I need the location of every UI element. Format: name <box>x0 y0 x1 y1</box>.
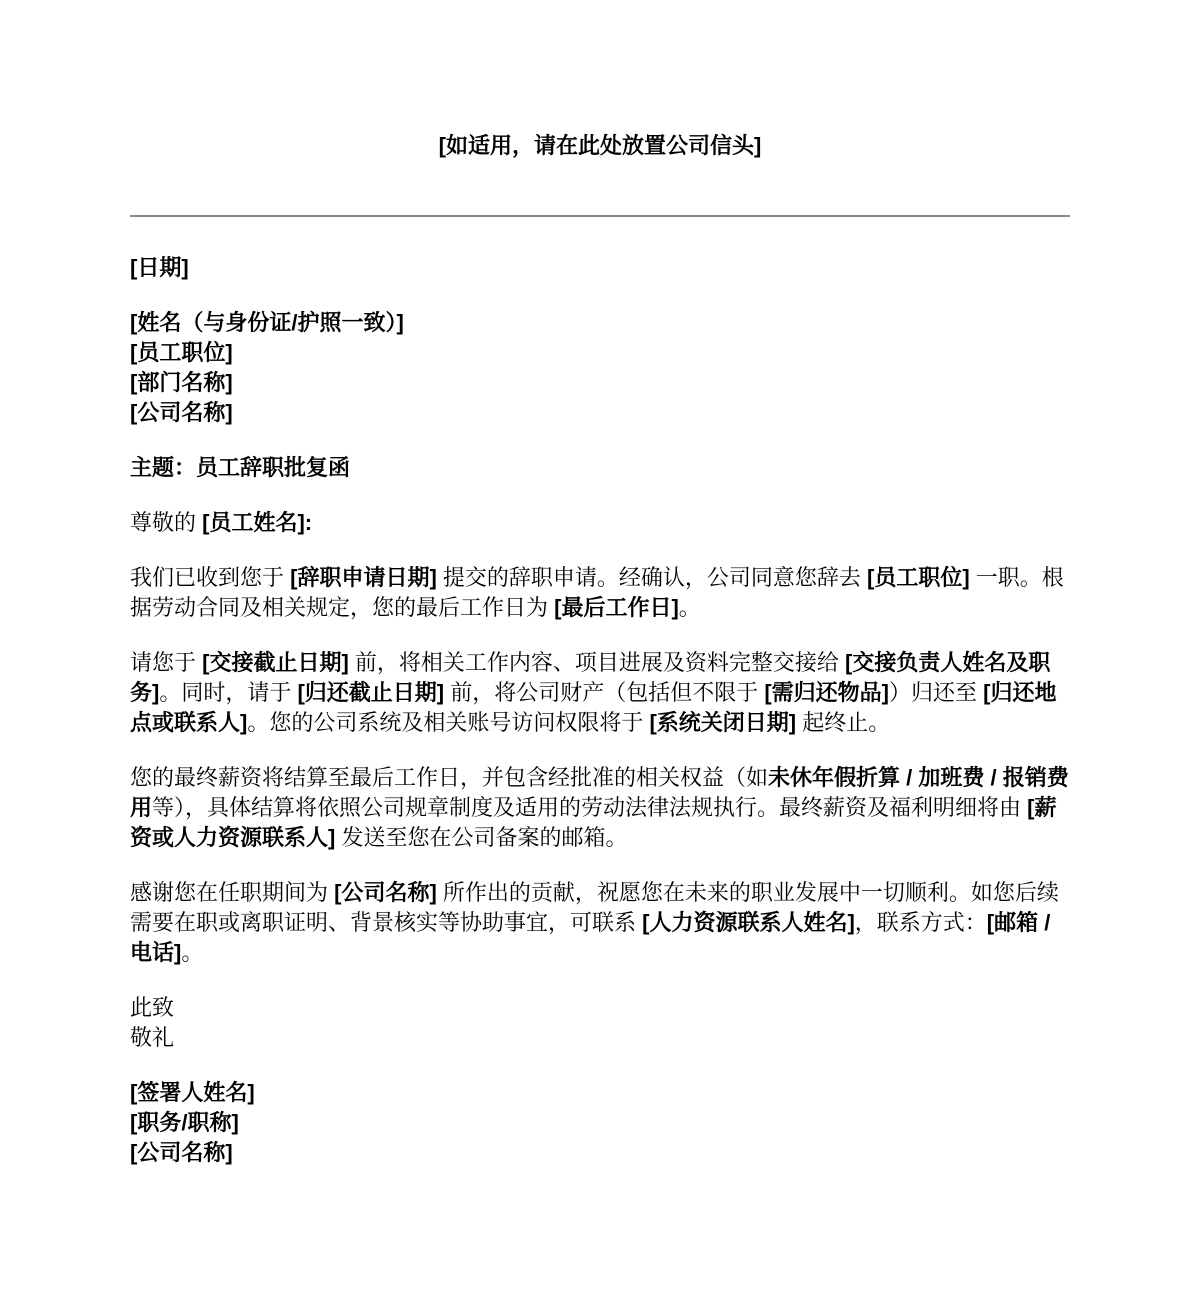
body-text: ）归还至 <box>889 680 983 705</box>
block-line: [姓名（与身份证/护照一致）] <box>130 308 1070 338</box>
body-text: 提交的辞职申请。经确认，公司同意您辞去 <box>437 565 867 590</box>
signature-block: [签署人姓名][职务/职称][公司名称] <box>130 1078 1070 1168</box>
body-paragraph-2: 请您于 [交接截止日期] 前，将相关工作内容、项目进展及资料完整交接给 [交接负… <box>130 648 1070 738</box>
body-text: 。 <box>679 595 701 620</box>
body-text: 请您于 <box>130 650 202 675</box>
placeholder-text: [人力资源联系人姓名] <box>642 910 855 935</box>
body-text: 。您的公司系统及相关账号访问权限将于 <box>247 710 649 735</box>
divider-line <box>130 215 1070 217</box>
block-line: [公司名称] <box>130 398 1070 428</box>
body-text: 发送至您在公司备案的邮箱。 <box>335 825 627 850</box>
body-text: 感谢您在任职期间为 <box>130 880 334 905</box>
body-paragraph-1: 我们已收到您于 [辞职申请日期] 提交的辞职申请。经确认，公司同意您辞去 [员工… <box>130 563 1070 623</box>
block-line: [部门名称] <box>130 368 1070 398</box>
placeholder-text: [员工职位] <box>867 565 970 590</box>
body-paragraph-3: 您的最终薪资将结算至最后工作日，并包含经批准的相关权益（如未休年假折算 / 加班… <box>130 763 1070 853</box>
salutation: 尊敬的 [员工姓名]: <box>130 508 1070 538</box>
body-text: 等），具体结算将依照公司规章制度及适用的劳动法律法规执行。最终薪资及福利明细将由 <box>152 795 1027 820</box>
recipient-block: [姓名（与身份证/护照一致）][员工职位][部门名称][公司名称] <box>130 308 1070 428</box>
body-text: 起终止。 <box>796 710 890 735</box>
body-text: 前，将公司财产（包括但不限于 <box>444 680 764 705</box>
block-line: [职务/职称] <box>130 1108 1070 1138</box>
date-line: [日期] <box>130 253 1070 283</box>
placeholder-text: [归还截止日期] <box>297 680 444 705</box>
body-text: 前，将相关工作内容、项目进展及资料完整交接给 <box>349 650 845 675</box>
block-line: 敬礼 <box>130 1023 1070 1053</box>
placeholder-text: [需归还物品] <box>764 680 889 705</box>
body-text: 。 <box>181 940 203 965</box>
placeholder-text: [最后工作日] <box>554 595 679 620</box>
document-page: [如适用，请在此处放置公司信头] [日期] [姓名（与身份证/护照一致）][员工… <box>0 0 1202 1298</box>
body-text: 。同时，请于 <box>159 680 297 705</box>
body-text: 尊敬的 <box>130 510 202 535</box>
letterhead-placeholder: [如适用，请在此处放置公司信头] <box>130 131 1070 161</box>
subject-line: 主题：员工辞职批复函 <box>130 453 1070 483</box>
block-line: [公司名称] <box>130 1138 1070 1168</box>
placeholder-text: [员工姓名]: <box>202 510 312 535</box>
placeholder-text: [系统关闭日期] <box>649 710 796 735</box>
placeholder-text: [公司名称] <box>334 880 437 905</box>
block-line: [员工职位] <box>130 338 1070 368</box>
body-text: 我们已收到您于 <box>130 565 290 590</box>
body-paragraph-4: 感谢您在任职期间为 [公司名称] 所作出的贡献，祝愿您在未来的职业发展中一切顺利… <box>130 878 1070 968</box>
closing-block: 此致敬礼 <box>130 993 1070 1053</box>
placeholder-text: [辞职申请日期] <box>290 565 437 590</box>
body-text: ，联系方式： <box>855 910 987 935</box>
placeholder-text: [交接截止日期] <box>202 650 349 675</box>
block-line: 此致 <box>130 993 1070 1023</box>
document-content: [如适用，请在此处放置公司信头] [日期] [姓名（与身份证/护照一致）][员工… <box>0 0 1202 1168</box>
body-text: 您的最终薪资将结算至最后工作日，并包含经批准的相关权益（如 <box>130 765 768 790</box>
block-line: [签署人姓名] <box>130 1078 1070 1108</box>
